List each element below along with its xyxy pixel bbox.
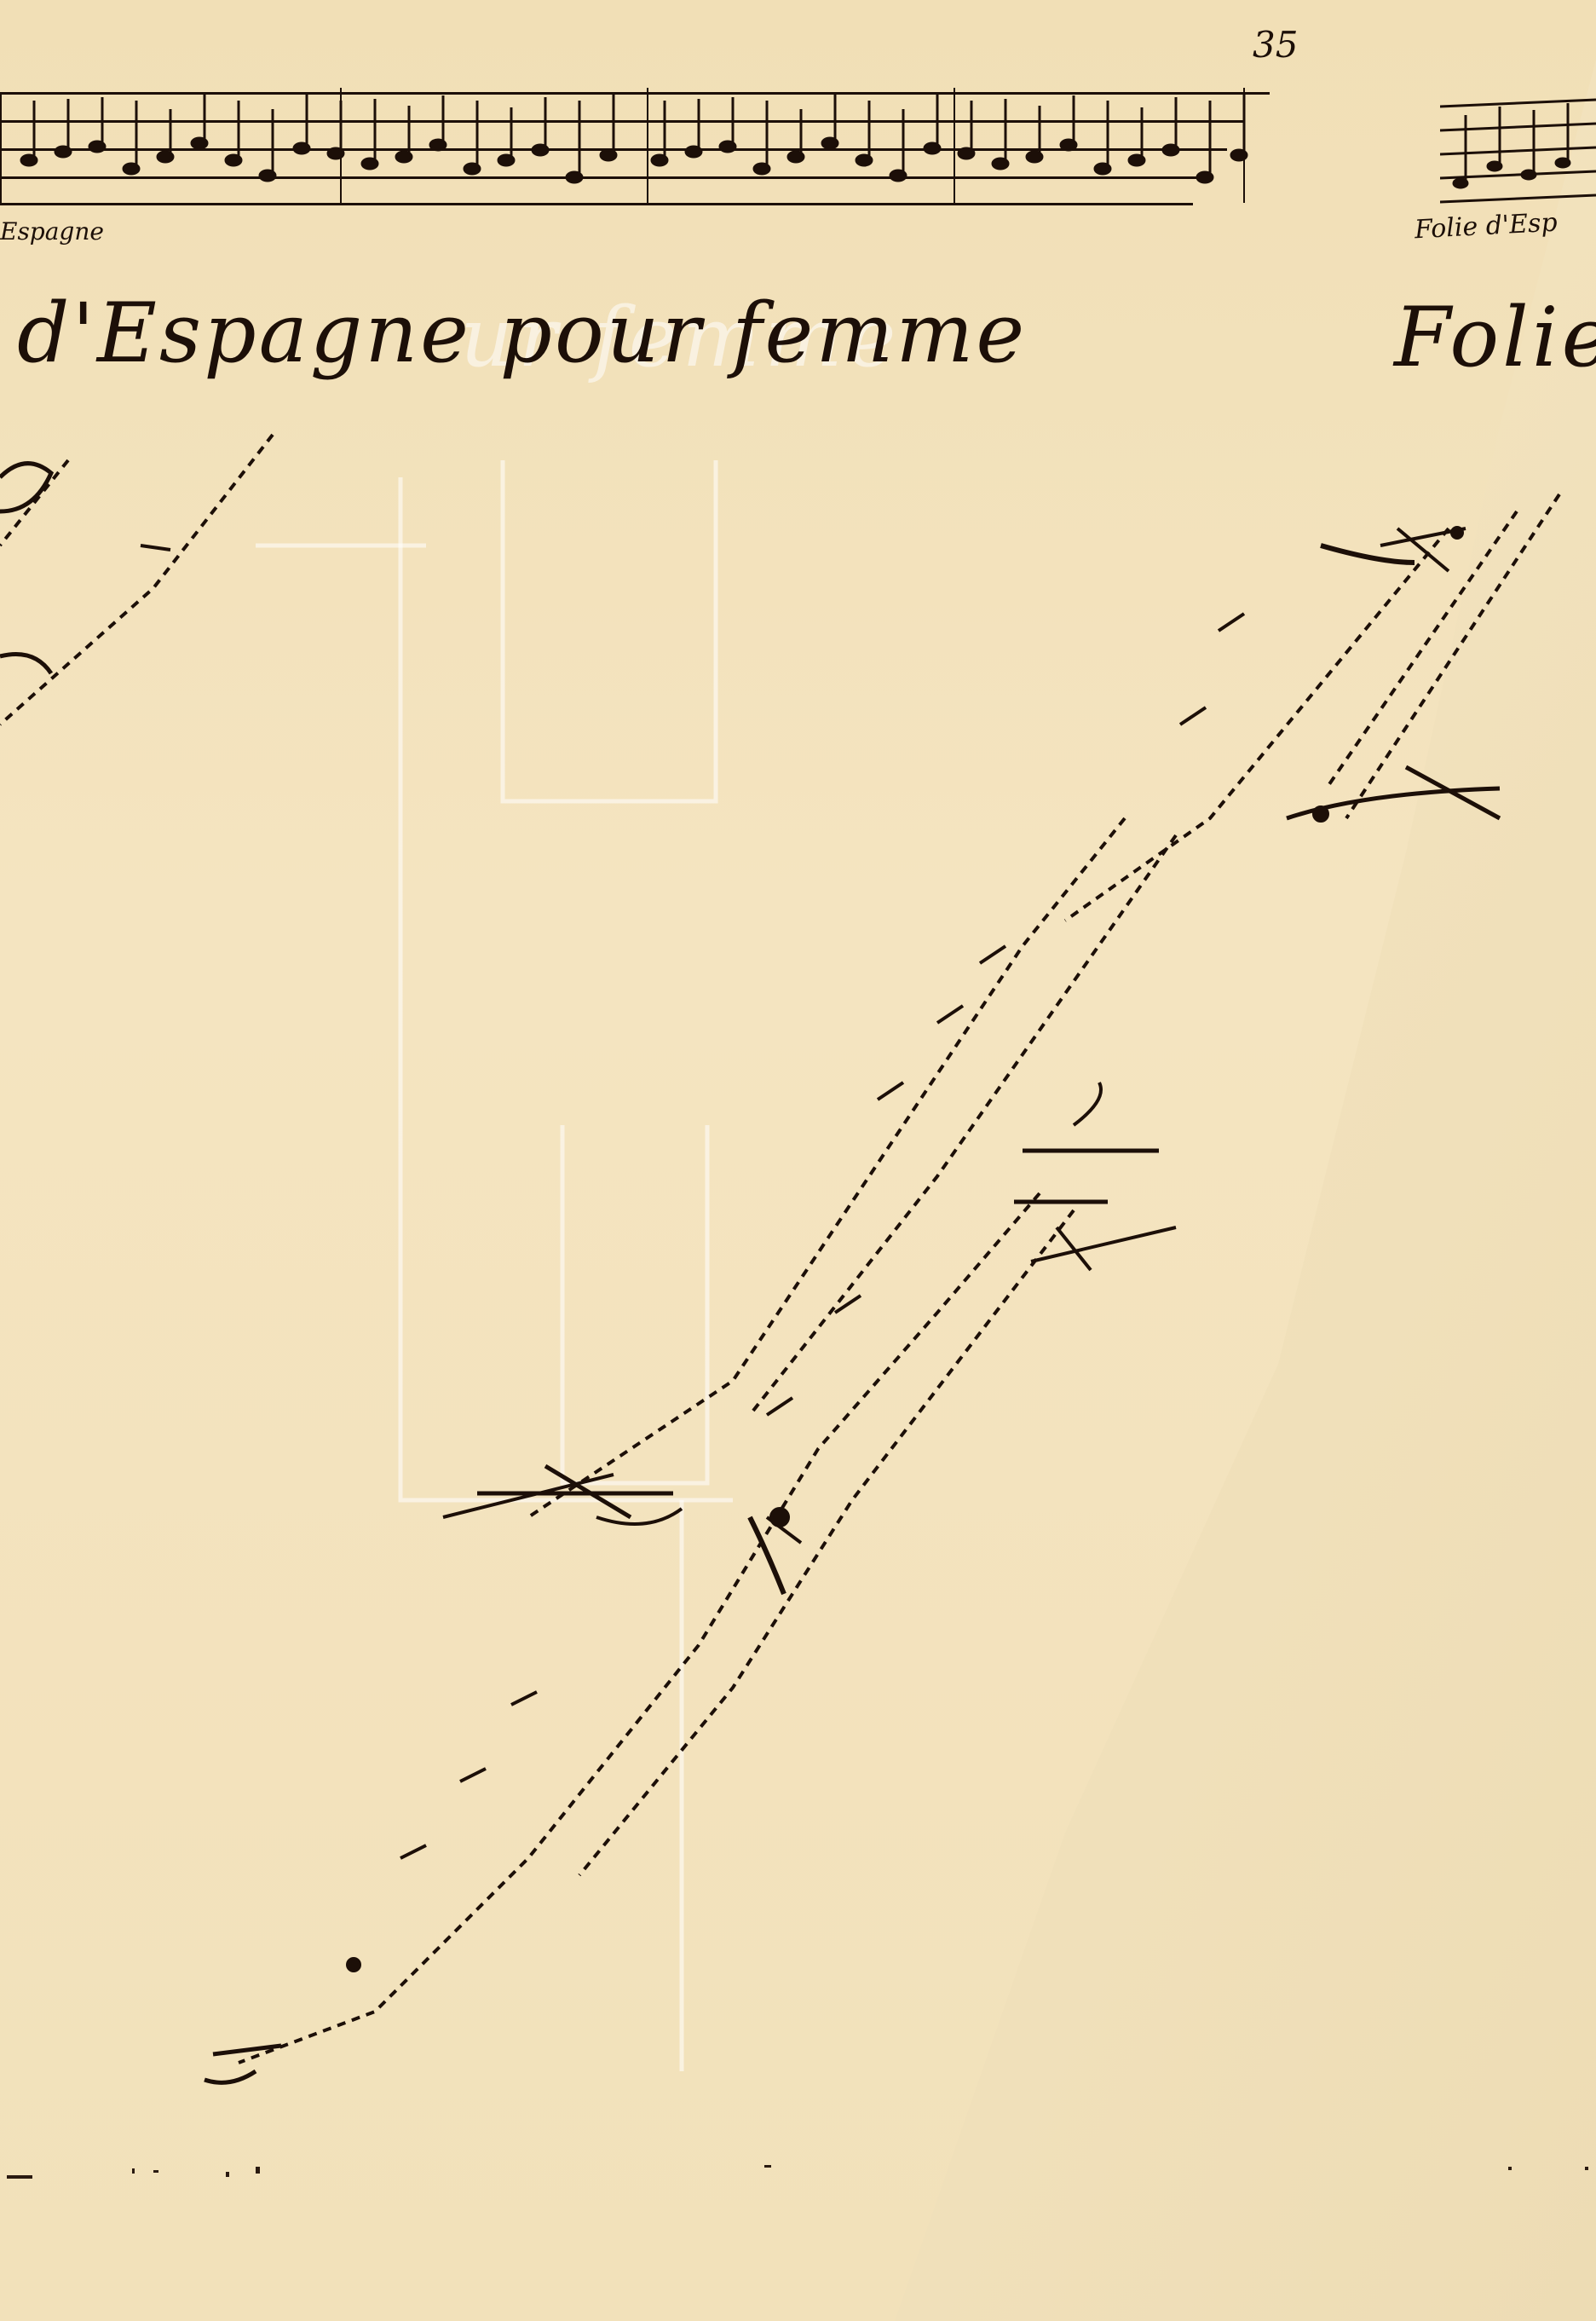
dance-tracks [0, 435, 1559, 2063]
bottom-margin-marks [0, 2165, 1596, 2191]
dance-notation-figure [0, 0, 1596, 2321]
faint-ruled-marks [0, 2165, 1596, 2191]
scanned-page: 35 [0, 0, 1596, 2321]
showthrough-figure [256, 460, 733, 2071]
step-symbols [0, 464, 1500, 2083]
